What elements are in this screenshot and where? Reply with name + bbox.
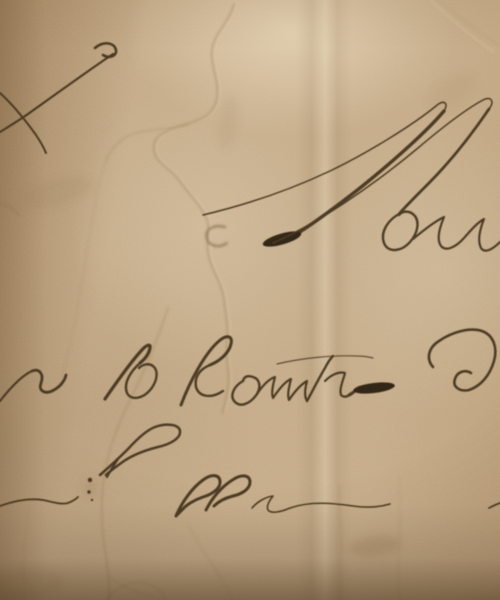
manuscript-markings <box>0 0 500 600</box>
manuscript-photo <box>0 0 500 600</box>
photo-grain <box>0 0 500 600</box>
